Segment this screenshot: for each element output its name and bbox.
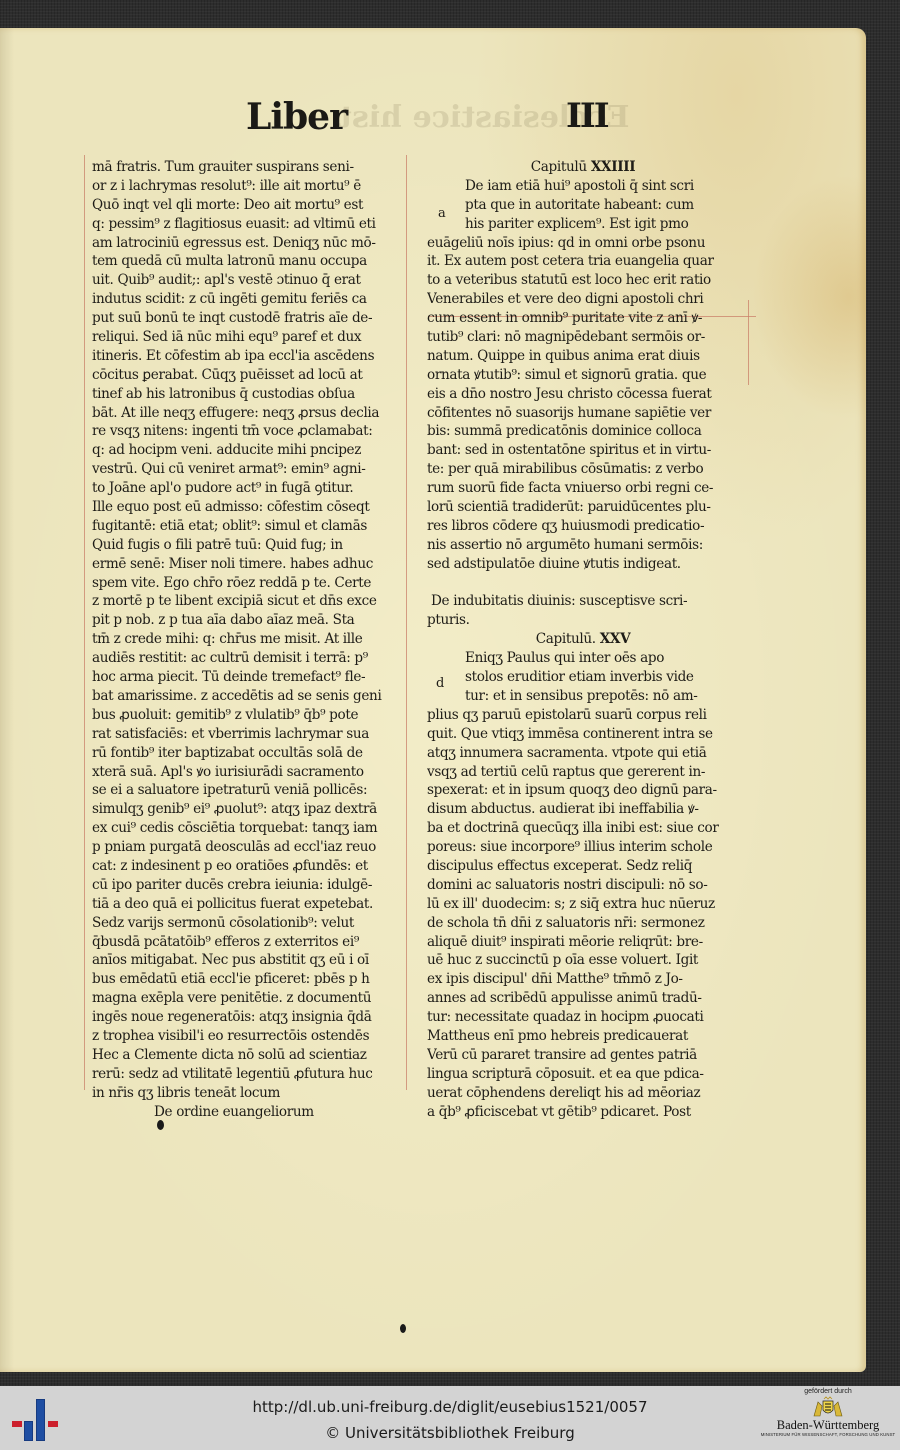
- left-text-column: mā fratris. Tum grauiter suspirans seni-…: [92, 158, 404, 1121]
- text-line: tm̄ z crede mihi: q: chr̄us me misit. At…: [92, 630, 404, 649]
- text-line: De iam etiā hui⁹ apostoli q̄ sint scri: [427, 177, 739, 196]
- text-line: to a veteribus statutū est loco hec erit…: [427, 271, 739, 290]
- text-line: discipulus effectus exceperat. Sedz reli…: [427, 857, 739, 876]
- text-line: ex cui⁹ cedis cōsciētia torquebat: tanqʒ…: [92, 819, 404, 838]
- text-line: annes ad scribēdū appulisse animū tradū-: [427, 989, 739, 1008]
- chapter-label: Capitulū.: [536, 631, 596, 647]
- text-line: in nr̄is qʒ libris teneāt locum: [92, 1084, 404, 1103]
- text-line: tinef ab his latronibus q̄ custodias obſ…: [92, 385, 404, 404]
- text-line: z mortē p te libent excipiā sicut et dn̄…: [92, 592, 404, 611]
- text-line: cū ipo pariter ducēs crebra ieiunia: idu…: [92, 876, 404, 895]
- text-line: vsqʒ ad tertiū celū raptus que gererent …: [427, 763, 739, 782]
- chapter-label: Capitulū: [531, 159, 587, 175]
- text-line: am latrociniū egressus est. Deniqʒ nūc m…: [92, 234, 404, 253]
- text-line: to Joāne apl'o pudore act⁹ in fugā ꝯtitu…: [92, 479, 404, 498]
- text-line: cat: z indesinent p eo oratiōes ꝓfundēs:…: [92, 857, 404, 876]
- footer-bar: http://dl.ub.uni-freiburg.de/diglit/euse…: [0, 1386, 900, 1450]
- text-line: plius qʒ paruū epistolarū suarū corpus r…: [427, 706, 739, 725]
- text-line: te: per quā mirabilibus cōsūmatis: z ver…: [427, 460, 739, 479]
- text-line: uit. Quib⁹ audit;: apl's vestē ɔtinuo q̄…: [92, 271, 404, 290]
- text-line: spem vite. Ego chr̄o rōez reddā p te. Ce…: [92, 574, 404, 593]
- text-line: pit p nob. z p tua aīa dabo aīaz meā. St…: [92, 611, 404, 630]
- text-line: nis assertio nō argumēto humani sermōis:: [427, 536, 739, 555]
- blank-line: [427, 574, 739, 593]
- text-line: ermē senē: Miser noli timere. habes adhu…: [92, 555, 404, 574]
- text-line: audiēs restitit: ac cultrū demisit i ter…: [92, 649, 404, 668]
- text-line: natum. Quippe in quibus anima erat diuis: [427, 347, 739, 366]
- text-line: quit. Que vtiqʒ immēsa continerent intra…: [427, 725, 739, 744]
- text-line: sed adstipulatōe diuine ꝟtutis indigeat.: [427, 555, 739, 574]
- text-line: put suū bonū te inqt custodē fratris aīe…: [92, 309, 404, 328]
- text-line: q: pessim⁹ z flagitiosus euasit: ad vlti…: [92, 215, 404, 234]
- text-line: bant: sed in ostentatōne spiritus et in …: [427, 441, 739, 460]
- text-line: magna exēpla vere penitētie. z documentū: [92, 989, 404, 1008]
- guide-letter-d: d: [436, 676, 444, 691]
- text-line: tur: et in sensibus prepotēs: nō am-: [427, 687, 739, 706]
- chapter-heading-24: Capitulū XXIIII: [427, 158, 739, 177]
- text-line: lingua scripturā cōposuit. et ea que pdi…: [427, 1065, 739, 1084]
- text-line: ex ipis discipul' dn̄i Matthe⁹ tm̄mō z J…: [427, 970, 739, 989]
- funding-credit: gefördert durch Baden-Württemberg MINIST…: [758, 1388, 898, 1450]
- ministry-name: MINISTERIUM FÜR WISSENSCHAFT, FORSCHUNG …: [758, 1432, 898, 1437]
- text-line: itineris. Et cōfestim ab ipa eccl'ia asc…: [92, 347, 404, 366]
- running-head-liber: Liber: [246, 96, 347, 138]
- text-line: cōfitentes nō suasorijs humane sapiētie …: [427, 404, 739, 423]
- text-line: Sedz varijs sermonū cōsolationib⁹: velut: [92, 914, 404, 933]
- text-line: rum suorū fide facta vniuerso orbi regni…: [427, 479, 739, 498]
- text-line: euāgeliū noīs ipius: qd in omni orbe pso…: [427, 234, 739, 253]
- ink-blot: [157, 1120, 164, 1130]
- funded-by-label: gefördert durch: [758, 1388, 898, 1395]
- coat-of-arms-icon: [810, 1396, 846, 1418]
- text-line: cōcitus ꝑerabat. Cūqʒ puēisset ad locū a…: [92, 366, 404, 385]
- text-line: tutib⁹ clari: nō magnipēdebant sermōis o…: [427, 328, 739, 347]
- text-line: xterā suā. Apl's ꝟo iurisiurādi sacramen…: [92, 763, 404, 782]
- text-line: lorū scientiā tradiderūt: paruidūcentes …: [427, 498, 739, 517]
- text-line: Mattheus enī pmo hebreis predicauerat: [427, 1027, 739, 1046]
- ink-blot: [400, 1324, 406, 1333]
- text-line: mā fratris. Tum grauiter suspirans seni-: [92, 158, 404, 177]
- chapter-number: XXIIII: [591, 159, 635, 175]
- text-line: Verū cū pararet transire ad gentes patri…: [427, 1046, 739, 1065]
- book-page: Ecclesiastice hist Liber III mā fratris.…: [0, 28, 866, 1372]
- text-line: re vsqʒ nitens: ingenti tm̄ voce ꝓclamab…: [92, 422, 404, 441]
- text-line: spexerat: et in ipsum quoqʒ deo dignū pa…: [427, 781, 739, 800]
- text-line: bis: summā predicatōnis dominice colloca: [427, 422, 739, 441]
- chapter-number: XXV: [600, 631, 631, 647]
- text-line: simulqʒ genib⁹ ei⁹ ꝓuolut⁹: atqʒ ipaz de…: [92, 800, 404, 819]
- text-line: p pniam purgatā deosculās ad eccl'iaz re…: [92, 838, 404, 857]
- text-line: bāt. At ille neqʒ effugere: neqʒ ꝓrsus d…: [92, 404, 404, 423]
- rubric-heading-line: De indubitatis diuinis: susceptisve scri…: [427, 592, 739, 611]
- text-line: rerū: sedz ad vtilitatē legentiū ꝓfutura…: [92, 1065, 404, 1084]
- text-line: tiā a deo quā ei pollicitus fuerat expet…: [92, 895, 404, 914]
- text-line: Venerabiles et vere deo digni apostoli c…: [427, 290, 739, 309]
- text-line: it. Ex autem post cetera tria euangelia …: [427, 252, 739, 271]
- text-line: indutus scidit: z cū ingēti gemitu feriē…: [92, 290, 404, 309]
- text-line: poreus: siue incorpore⁹ illius interim s…: [427, 838, 739, 857]
- text-line: rat satisfaciēs: et vberrimis lachrymar …: [92, 725, 404, 744]
- text-line: anīos mitigabat. Nec pus abstitit qʒ eū …: [92, 951, 404, 970]
- text-line: aliquē diuit⁹ inspirati mēorie reliqrūt:…: [427, 933, 739, 952]
- text-line: bus ꝓuoluit: gemitib⁹ z vlulatib⁹ q̄b⁹ p…: [92, 706, 404, 725]
- text-line: z trophea visibil'i eo resurrectōis oste…: [92, 1027, 404, 1046]
- text-line: cum essent in omnib⁹ puritate vite z anī…: [427, 309, 739, 328]
- text-line: Hec a Clemente dicta nō solū ad scientia…: [92, 1046, 404, 1065]
- text-line: uerat cōphendens dereliqt his ad mēoriaz: [427, 1084, 739, 1103]
- text-line: Quid fugis o fili patrē tuū: Quid fug; i…: [92, 536, 404, 555]
- running-head-book-number: III: [566, 96, 608, 136]
- rubric-heading-line: pturis.: [427, 611, 739, 630]
- text-line: his pariter explicem⁹. Est igit pmo: [427, 215, 739, 234]
- chapter-heading-25: Capitulū. XXV: [427, 630, 739, 649]
- text-line: de schola tn̄ dn̄i z saluatoris nr̄i: se…: [427, 914, 739, 933]
- text-line: a q̄b⁹ ꝓficiscebat vt gētib⁹ pdicaret. P…: [427, 1103, 739, 1122]
- text-line: Eniqʒ Paulus qui inter oēs apo: [427, 649, 739, 668]
- text-line: q: ad hocipm veni. adducite mihi pncipez: [92, 441, 404, 460]
- text-line: se ei a saluatore ipetraturū veniā polli…: [92, 781, 404, 800]
- running-head: Ecclesiastice hist Liber III: [0, 96, 866, 146]
- section-rubric: De ordine euangeliorum: [92, 1103, 404, 1122]
- text-line: ba et doctrinā quecūqʒ illa inibi est: s…: [427, 819, 739, 838]
- text-line: bat amarissime. z accedētis ad se senis …: [92, 687, 404, 706]
- text-line: or z i lachrymas resolut⁹: ille ait mort…: [92, 177, 404, 196]
- text-line: Ille equo post eū admisso: cōfestim cōse…: [92, 498, 404, 517]
- text-line: tur: necessitate quadaz in hocipm ꝓuocat…: [427, 1008, 739, 1027]
- text-line: reliqui. Sed iā nūc mihi equ⁹ paref et d…: [92, 328, 404, 347]
- text-line: ingēs noue regeneratōis: atqʒ insignia q…: [92, 1008, 404, 1027]
- text-line: hoc arma piecit. Tū deinde tremefact⁹ fl…: [92, 668, 404, 687]
- text-line: bus emēdatū etiā eccl'ie pficeret: pbēs …: [92, 970, 404, 989]
- text-line: disum abductus. audierat ibi ineffabilia…: [427, 800, 739, 819]
- text-line: fugitantē: etiā etat; oblit⁹: simul et c…: [92, 517, 404, 536]
- red-ruling-line: [84, 155, 85, 1090]
- text-line: domini ac saluatoris nostri discipuli: n…: [427, 876, 739, 895]
- text-line: atqʒ innumera sacramenta. vtpote qui eti…: [427, 744, 739, 763]
- guide-letter-a: a: [438, 206, 446, 221]
- red-ruling-line: [406, 155, 407, 1090]
- text-line: lū ex ill' duodecim: s; z siq̄ extra huc…: [427, 895, 739, 914]
- text-line: pta que in autoritate habeant: cum: [427, 196, 739, 215]
- text-line: uē huc z succinctū p oīa esse voluert. I…: [427, 951, 739, 970]
- text-line: vestrū. Qui cū veniret armat⁹: emin⁹ agn…: [92, 460, 404, 479]
- right-text-column: Capitulū XXIIII De iam etiā hui⁹ apostol…: [427, 158, 739, 1121]
- text-line: tem quedā cū multa latronū manu occupa: [92, 252, 404, 271]
- text-line: ornata ꝟtutib⁹: simul et signorū gratia.…: [427, 366, 739, 385]
- text-line: q̄busdā pcātatōib⁹ efferos z exterritos …: [92, 933, 404, 952]
- text-line: rū fontib⁹ iter baptizabat occultās solā…: [92, 744, 404, 763]
- text-line: eis a dn̄o nostro Jesu christo cōcessa f…: [427, 385, 739, 404]
- text-line: res libros cōdere qʒ huiusmodi predicati…: [427, 517, 739, 536]
- state-name: Baden-Württemberg: [758, 1418, 898, 1432]
- red-ruling-line: [748, 300, 749, 385]
- text-line: Quō inqt vel qli morte: Deo ait mortu⁹ e…: [92, 196, 404, 215]
- text-line: stolos eruditior etiam inverbis vide: [427, 668, 739, 687]
